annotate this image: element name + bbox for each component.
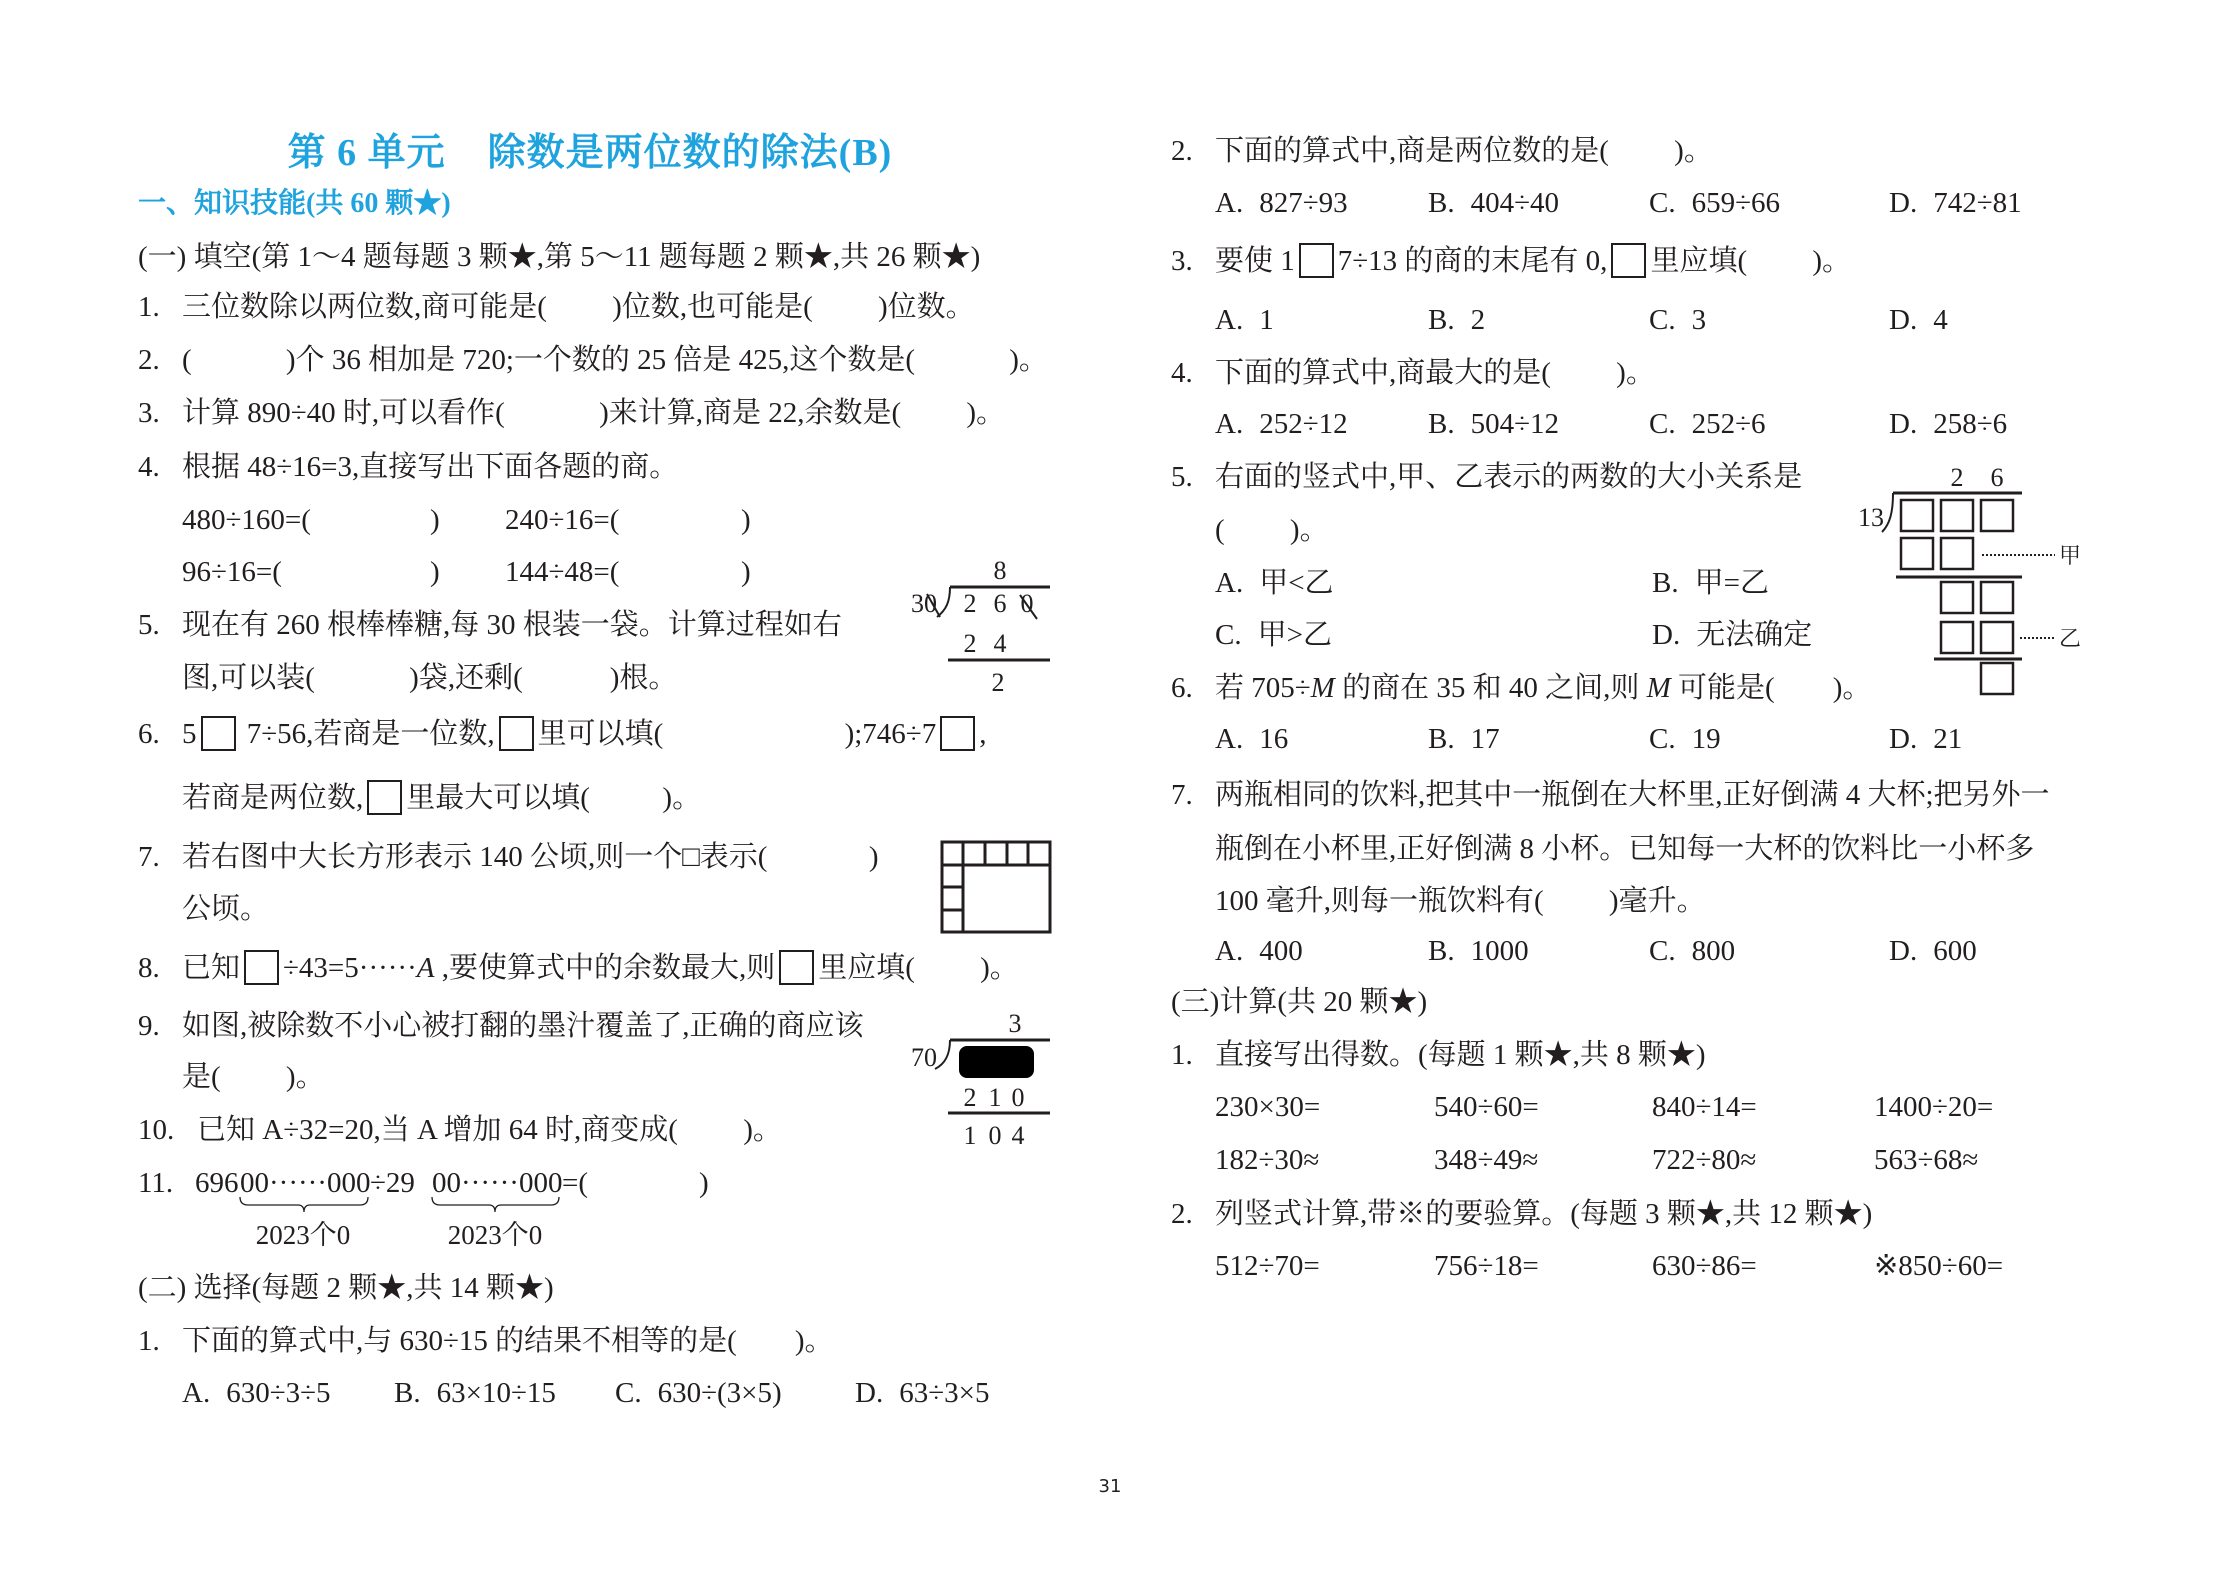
option-label: D. <box>1889 408 1917 440</box>
question-number: 1. <box>138 287 160 327</box>
option-value: 无法确定 <box>1696 619 1812 651</box>
option-b: B.63×10÷15 <box>394 1373 556 1413</box>
option-value: 400 <box>1259 935 1303 967</box>
remainder: 2 <box>992 668 1005 697</box>
text-segment: , <box>979 718 986 750</box>
option-label: C. <box>615 1377 642 1409</box>
answer-box <box>1611 243 1646 278</box>
underbrace-icon <box>432 1197 559 1212</box>
option-c: C.659÷66 <box>1649 183 1780 223</box>
answer-close-paren: ) <box>741 552 751 592</box>
question-number: 3. <box>1171 241 1193 281</box>
option-c: C.甲>乙 <box>1215 615 1332 655</box>
question-text: 列竖式计算,带※的要验算。(每题 3 颗★,共 12 颗★) <box>1215 1194 1872 1234</box>
option-label: A. <box>1215 723 1243 755</box>
option-value: 甲>乙 <box>1258 619 1332 651</box>
option-value: 252÷12 <box>1259 408 1347 440</box>
question-text: 瓶倒在小杯里,正好倒满 8 小杯。已知每一大杯的饮料比一小杯多 <box>1215 829 2034 869</box>
text-segment: 的商在 35 和 40 之间,则 <box>1335 672 1647 704</box>
variable-a: A <box>417 952 435 984</box>
quotient-digit: 6 <box>1991 463 2004 492</box>
choice-heading: (二) 选择(每题 2 颗★,共 14 颗★) <box>138 1268 554 1308</box>
answer-box <box>201 716 236 751</box>
option-a: A.630÷3÷5 <box>182 1373 331 1413</box>
option-value: 21 <box>1933 723 1962 755</box>
box-division-diagram: 2 6 13 甲 乙 <box>1840 450 2120 710</box>
option-b: B.1000 <box>1428 931 1529 971</box>
quotient-digit: 2 <box>1951 463 1964 492</box>
option-value: 742÷81 <box>1933 187 2021 219</box>
answer-close-paren: ) <box>741 500 751 540</box>
text-segment: 里可以填( );746÷7 <box>538 718 937 750</box>
product-digit: 4 <box>994 629 1007 658</box>
option-label: A. <box>1215 304 1243 336</box>
digit-box <box>1901 500 1933 531</box>
worksheet-page: 第 6 单元 除数是两位数的除法(B) 一、知识技能(共 60 颗★) (一) … <box>0 0 2220 1571</box>
answer-box <box>1299 243 1334 278</box>
product-digit: 2 <box>964 1083 977 1112</box>
calc-expression: 563÷68≈ <box>1874 1140 1978 1180</box>
option-label: A. <box>1215 187 1243 219</box>
option-value: 63÷3×5 <box>899 1377 989 1409</box>
text-segment: 若 705÷ <box>1215 672 1311 704</box>
option-value: 600 <box>1933 935 1977 967</box>
question-text: 三位数除以两位数,商可能是( )位数,也可能是( )位数。 <box>182 287 975 327</box>
option-a: A.827÷93 <box>1215 183 1348 223</box>
calc-expression: ※850÷60= <box>1874 1246 2003 1286</box>
option-label: B. <box>1428 935 1455 967</box>
mark-jia: 甲 <box>2059 543 2081 568</box>
option-label: D. <box>855 1377 883 1409</box>
question-line: 要使 17÷13 的商的末尾有 0,里应填( )。 <box>1215 241 1851 281</box>
calc-expression: 630÷86= <box>1652 1246 1757 1286</box>
question-text: 如图,被除数不小心被打翻的墨汁覆盖了,正确的商应该 <box>182 1006 864 1046</box>
digit-box <box>1941 622 1973 653</box>
question-line: 5 7÷56,若商是一位数,里可以填( );746÷7, <box>182 714 986 754</box>
question-number: 2. <box>1171 131 1193 171</box>
question-text: 下面的算式中,与 630÷15 的结果不相等的是( )。 <box>182 1321 833 1361</box>
question-text: ( )个 36 相加是 720;一个数的 25 倍是 425,这个数是( )。 <box>182 340 1048 380</box>
calc-heading: (三)计算(共 20 颗★) <box>1171 982 1427 1022</box>
text-segment: 里应填( )。 <box>818 952 1019 984</box>
quotient-digit: 8 <box>994 556 1007 585</box>
question-text: 下面的算式中,商最大的是( )。 <box>1215 353 1655 393</box>
remainder-digit: 0 <box>989 1121 1002 1150</box>
part-heading: 一、知识技能(共 60 颗★) <box>138 184 451 224</box>
option-value: 3 <box>1692 304 1707 336</box>
answer-close-paren: ) <box>430 500 440 540</box>
option-label: B. <box>1428 408 1455 440</box>
option-label: B. <box>394 1377 421 1409</box>
option-c: C.19 <box>1649 719 1721 759</box>
option-label: B. <box>1428 304 1455 336</box>
text-segment: 里最大可以填( )。 <box>406 782 701 814</box>
page-title: 第 6 单元 除数是两位数的除法(B) <box>0 130 1180 176</box>
product-digit: 2 <box>964 629 977 658</box>
text-segment: ÷43=5······ <box>283 952 417 984</box>
option-value: 甲=乙 <box>1695 567 1769 599</box>
answer-box <box>940 716 975 751</box>
option-label: D. <box>1889 935 1917 967</box>
variable-m: M <box>1647 672 1671 704</box>
brace-label: 2023个0 <box>430 1215 560 1255</box>
digit-box <box>1981 663 2013 694</box>
option-c: C.630÷(3×5) <box>615 1373 782 1413</box>
sub-expression: 144÷48=( <box>505 552 619 592</box>
answer-box <box>779 950 814 985</box>
question-text: 是( )。 <box>182 1057 325 1097</box>
option-value: 16 <box>1259 723 1288 755</box>
text-segment: 5 <box>182 718 197 750</box>
option-label: D. <box>1652 619 1680 651</box>
question-line: 若 705÷M 的商在 35 和 40 之间,则 M 可能是( )。 <box>1215 668 1871 708</box>
option-label: C. <box>1649 408 1676 440</box>
option-label: C. <box>1649 935 1676 967</box>
option-d: D.4 <box>1889 300 1948 340</box>
answer-box <box>499 716 534 751</box>
underbrace-icon <box>240 1197 368 1212</box>
option-value: 404÷40 <box>1471 187 1559 219</box>
variable-m: M <box>1311 672 1335 704</box>
text-segment: 7÷56,若商是一位数, <box>240 718 495 750</box>
question-text: 公顷。 <box>182 889 269 929</box>
digit-box <box>1941 538 1973 569</box>
question-text: ( )。 <box>1215 510 1329 550</box>
page-number: 31 <box>1060 1475 1160 1499</box>
question-number: 5. <box>138 605 160 645</box>
question-number: 6. <box>138 714 160 754</box>
divisor: 13 <box>1858 503 1884 532</box>
option-d: D.742÷81 <box>1889 183 2022 223</box>
option-d: D.63÷3×5 <box>855 1373 989 1413</box>
option-d: D.21 <box>1889 719 1962 759</box>
answer-box <box>367 780 402 815</box>
calc-expression: 512÷70= <box>1215 1246 1320 1286</box>
remainder-digit: 4 <box>1012 1121 1025 1150</box>
question-text: 两瓶相同的饮料,把其中一瓶倒在大杯里,正好倒满 4 大杯;把另外一 <box>1215 775 2050 815</box>
calc-expression: 722÷80≈ <box>1652 1140 1756 1180</box>
option-value: 630÷3÷5 <box>226 1377 330 1409</box>
option-b: B.甲=乙 <box>1652 563 1769 603</box>
text-segment: 里应填( )。 <box>1650 245 1851 277</box>
question-number: 2. <box>1171 1194 1193 1234</box>
calc-expression: 182÷30≈ <box>1215 1140 1319 1180</box>
option-value: 1 <box>1259 304 1274 336</box>
question-text: 已知 A÷32=20,当 A 增加 64 时,商变成( )。 <box>197 1110 782 1150</box>
option-label: C. <box>1649 304 1676 336</box>
fill-in-heading: (一) 填空(第 1～4 题每题 3 颗★,第 5～11 题每题 2 颗★,共 … <box>138 237 980 277</box>
mark-yi: 乙 <box>2059 626 2081 651</box>
option-label: A. <box>182 1377 210 1409</box>
question-number: 8. <box>138 948 160 988</box>
option-label: B. <box>1428 723 1455 755</box>
question-line: 已知÷43=5······A ,要使算式中的余数最大,则里应填( )。 <box>182 948 1019 988</box>
sub-expression: 480÷160=( <box>182 500 311 540</box>
sub-expression: 96÷16=( <box>182 552 282 592</box>
question-number: 7. <box>1171 775 1193 815</box>
option-label: D. <box>1889 187 1917 219</box>
option-label: D. <box>1889 723 1917 755</box>
option-value: 2 <box>1471 304 1486 336</box>
option-c: C.3 <box>1649 300 1706 340</box>
text-segment: 已知 <box>182 952 240 984</box>
question-number: 4. <box>138 447 160 487</box>
option-value: 63×10÷15 <box>437 1377 556 1409</box>
question-text: 右面的竖式中,甲、乙表示的两数的大小关系是 <box>1215 457 1802 497</box>
question-text: 100 毫升,则每一瓶饮料有( )毫升。 <box>1215 881 1706 921</box>
product-digit: 1 <box>989 1083 1002 1112</box>
question-text: 图,可以装( )袋,还剩( )根。 <box>182 658 677 698</box>
option-d: D.600 <box>1889 931 1977 971</box>
calc-expression: 348÷49≈ <box>1434 1140 1538 1180</box>
digit-box <box>1981 500 2013 531</box>
digit-box <box>1981 622 2013 653</box>
digit-box <box>1941 582 1973 613</box>
question-number: 1. <box>1171 1035 1193 1075</box>
option-label: D. <box>1889 304 1917 336</box>
question-text: 现在有 260 根棒棒糖,每 30 根装一袋。计算过程如右 <box>182 605 842 645</box>
calc-expression: 540÷60= <box>1434 1087 1539 1127</box>
option-label: A. <box>1215 935 1243 967</box>
option-label: A. <box>1215 408 1243 440</box>
question-number: 11. <box>138 1163 173 1203</box>
question-number: 3. <box>138 393 160 433</box>
question-text: 直接写出得数。(每题 1 颗★,共 8 颗★) <box>1215 1035 1706 1075</box>
option-label: C. <box>1649 723 1676 755</box>
option-value: 504÷12 <box>1471 408 1559 440</box>
option-value: 630÷(3×5) <box>658 1377 782 1409</box>
expression-part: 696 <box>195 1163 239 1203</box>
question-text: 下面的算式中,商是两位数的是( )。 <box>1215 131 1713 171</box>
calc-expression: 230×30= <box>1215 1087 1320 1127</box>
text-segment: 要使 1 <box>1215 245 1295 277</box>
question-text: 根据 48÷16=3,直接写出下面各题的商。 <box>182 447 678 487</box>
question-text: 计算 890÷40 时,可以看作( )来计算,商是 22,余数是( )。 <box>182 393 1005 433</box>
option-d: D.无法确定 <box>1652 615 1812 655</box>
answer-close-paren: ) <box>430 552 440 592</box>
option-a: A.甲<乙 <box>1215 563 1334 603</box>
question-number: 5. <box>1171 457 1193 497</box>
option-b: B.404÷40 <box>1428 183 1559 223</box>
option-value: 252÷6 <box>1692 408 1766 440</box>
calc-expression: 756÷18= <box>1434 1246 1539 1286</box>
option-c: C.800 <box>1649 931 1735 971</box>
answer-close-paren: ) <box>699 1163 709 1203</box>
option-c: C.252÷6 <box>1649 404 1766 444</box>
question-text: 若右图中大长方形表示 140 公顷,则一个□表示( ) <box>182 837 879 877</box>
text-segment: ,要使算式中的余数最大,则 <box>434 952 775 984</box>
digit-box <box>1981 582 2013 613</box>
division-bracket <box>937 587 950 617</box>
option-b: B.2 <box>1428 300 1485 340</box>
question-number: 4. <box>1171 353 1193 393</box>
option-d: D.258÷6 <box>1889 404 2007 444</box>
option-a: A.16 <box>1215 719 1288 759</box>
option-value: 659÷66 <box>1692 187 1780 219</box>
remainder-digit: 1 <box>964 1121 977 1150</box>
question-number: 7. <box>138 837 160 877</box>
option-value: 17 <box>1471 723 1500 755</box>
question-line: 若商是两位数,里最大可以填( )。 <box>182 778 701 818</box>
option-b: B.504÷12 <box>1428 404 1559 444</box>
option-label: B. <box>1652 567 1679 599</box>
division-bracket <box>935 1040 950 1069</box>
dividend-digit: 2 <box>964 589 977 618</box>
answer-box <box>244 950 279 985</box>
option-value: 800 <box>1692 935 1736 967</box>
text-segment: 若商是两位数, <box>182 782 363 814</box>
option-a: A.252÷12 <box>1215 404 1348 444</box>
option-b: B.17 <box>1428 719 1500 759</box>
option-value: 1000 <box>1471 935 1529 967</box>
calc-expression: 1400÷20= <box>1874 1087 1993 1127</box>
rectangle-grid-diagram <box>940 840 1052 934</box>
ink-covered-division-diagram: 3 70 2 1 0 1 0 4 <box>900 1000 1060 1150</box>
option-label: C. <box>1649 187 1676 219</box>
option-label: C. <box>1215 619 1242 651</box>
calc-expression: 840÷14= <box>1652 1087 1757 1127</box>
brace-label: 2023个0 <box>238 1215 368 1255</box>
option-a: A.400 <box>1215 931 1303 971</box>
text-segment: 可能是( )。 <box>1671 672 1872 704</box>
option-value: 827÷93 <box>1259 187 1347 219</box>
quotient-digit: 3 <box>1009 1009 1022 1038</box>
question-number: 1. <box>138 1321 160 1361</box>
option-label: B. <box>1428 187 1455 219</box>
sub-expression: 240÷16=( <box>505 500 619 540</box>
digit-box <box>1901 538 1933 569</box>
option-value: 258÷6 <box>1933 408 2007 440</box>
text-segment: 7÷13 的商的末尾有 0, <box>1338 245 1608 277</box>
option-a: A.1 <box>1215 300 1274 340</box>
question-number: 10. <box>138 1110 174 1150</box>
ink-blot <box>959 1046 1034 1078</box>
question-number: 6. <box>1171 668 1193 708</box>
long-division-diagram: 8 30 2 6 0 2 4 2 <box>900 550 1080 700</box>
divisor: 70 <box>911 1043 937 1072</box>
question-number: 9. <box>138 1006 160 1046</box>
option-value: 4 <box>1933 304 1948 336</box>
product-digit: 0 <box>1012 1083 1025 1112</box>
option-label: A. <box>1215 567 1243 599</box>
option-value: 19 <box>1692 723 1721 755</box>
question-number: 2. <box>138 340 160 380</box>
dividend-digit: 6 <box>994 589 1007 618</box>
option-value: 甲<乙 <box>1259 567 1333 599</box>
digit-box <box>1941 500 1973 531</box>
